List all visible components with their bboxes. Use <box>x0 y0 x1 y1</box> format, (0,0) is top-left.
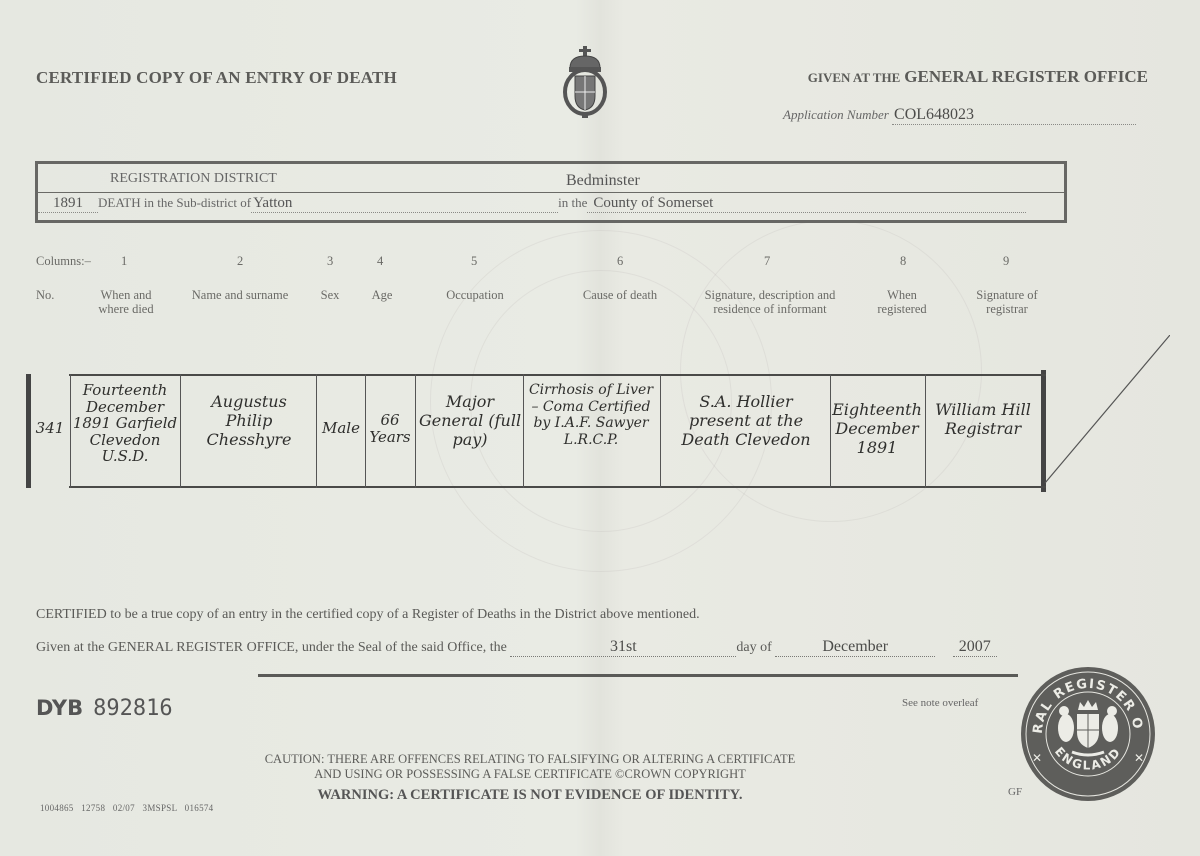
caution-notice: CAUTION: THERE ARE OFFENCES RELATING TO … <box>230 752 830 782</box>
entry-informant: S.A. Hollier present at the Death Cleved… <box>666 392 826 449</box>
given-at-small: GIVEN AT THE <box>808 70 900 85</box>
given-prefix: Given at the GENERAL REGISTER OFFICE, un… <box>36 640 507 655</box>
column-header-age: Age <box>362 288 402 302</box>
column-header-when-where: When and where died <box>88 288 164 316</box>
column-divider <box>70 374 71 488</box>
entry-age: 66 Years <box>368 412 412 445</box>
see-note-overleaf: See note overleaf <box>902 697 978 709</box>
serial-number: 892816 <box>93 696 172 721</box>
in-the-label: in the <box>558 195 587 210</box>
column-number: 9 <box>1003 254 1009 269</box>
county-value: County of Somerset <box>587 195 1026 213</box>
divider <box>38 192 1064 193</box>
serial-prefix: DYB <box>36 696 83 720</box>
row-bottom-rule <box>69 486 1046 488</box>
column-number: 7 <box>764 254 770 269</box>
sub-district-line: 1891DEATH in the Sub-district ofYattonin… <box>38 195 1064 213</box>
caution-line-1: CAUTION: THERE ARE OFFENCES RELATING TO … <box>230 752 830 767</box>
registration-district-label: REGISTRATION DISTRICT <box>110 171 277 187</box>
column-header-registrar: Signature of registrar <box>965 288 1049 316</box>
column-header-informant: Signature, description and residence of … <box>695 288 845 316</box>
given-at-heading: GIVEN AT THE GENERAL REGISTER OFFICE <box>808 67 1148 87</box>
entry-name: Augustus Philip Chesshyre <box>186 392 312 449</box>
certification-statement: CERTIFIED to be a true copy of an entry … <box>36 607 700 623</box>
certification-day: 31st <box>510 638 736 657</box>
column-header-when-registered: When registered <box>870 288 934 316</box>
certificate-title: CERTIFIED COPY OF AN ENTRY OF DEATH <box>36 68 397 88</box>
column-number: 5 <box>471 254 477 269</box>
print-code: 1004865 12758 02/07 3MSPSL 016574 <box>40 803 213 813</box>
application-number-field: Application Number COL648023 <box>783 106 1148 125</box>
column-number: 6 <box>617 254 623 269</box>
identity-warning: WARNING: A CERTIFICATE IS NOT EVIDENCE O… <box>230 787 830 804</box>
given-at-office: GENERAL REGISTER OFFICE <box>904 67 1148 86</box>
application-number-label: Application Number <box>783 107 889 122</box>
column-number: 2 <box>237 254 243 269</box>
column-number: 4 <box>377 254 383 269</box>
royal-crest-icon <box>560 46 610 118</box>
column-number: 1 <box>121 254 127 269</box>
cancellation-diagonal-line <box>1040 335 1170 485</box>
column-divider <box>415 374 416 488</box>
columns-label: Columns:– <box>36 254 91 269</box>
application-number-value: COL648023 <box>892 106 1136 125</box>
caution-line-2: AND USING OR POSSESSING A FALSE CERTIFIC… <box>230 767 830 782</box>
row-top-rule <box>69 374 1046 376</box>
column-number: 3 <box>327 254 333 269</box>
column-number: 8 <box>900 254 906 269</box>
death-entry-row: 341 Fourteenth December 1891 Garfield Cl… <box>26 374 1046 488</box>
general-register-office-seal-icon: GENERAL REGISTER OFFICE ENGLAND ✕ ✕ <box>1020 666 1156 802</box>
certification-month: December <box>775 638 935 657</box>
entry-occupation: Major General (full pay) <box>418 392 522 449</box>
death-year: 1891 <box>38 195 98 213</box>
entry-registrar-signature: William Hill Registrar <box>928 400 1038 438</box>
column-header-cause: Cause of death <box>570 288 670 302</box>
registration-district-value: Bedminster <box>566 172 640 190</box>
column-divider <box>316 374 317 488</box>
column-header-occupation: Occupation <box>430 288 520 302</box>
column-divider <box>925 374 926 488</box>
day-of-label: day of <box>736 640 771 655</box>
registration-district-box: REGISTRATION DISTRICT Bedminster 1891DEA… <box>35 161 1067 223</box>
column-divider <box>365 374 366 488</box>
sub-district-value: Yatton <box>251 195 558 213</box>
entry-when-where-died: Fourteenth December 1891 Garfield Cleved… <box>72 382 178 465</box>
signature-rule <box>258 674 1018 677</box>
entry-number: 341 <box>30 420 70 437</box>
svg-text:✕: ✕ <box>1134 751 1144 765</box>
column-header-sex: Sex <box>310 288 350 302</box>
column-header-name: Name and surname <box>180 288 300 302</box>
column-divider <box>660 374 661 488</box>
given-under-seal-line: Given at the GENERAL REGISTER OFFICE, un… <box>36 638 997 657</box>
svg-text:✕: ✕ <box>1032 751 1042 765</box>
column-header-no: No. <box>36 288 54 302</box>
column-divider <box>180 374 181 488</box>
certification-year: 2007 <box>953 638 997 657</box>
entry-cause-of-death: Cirrhosis of Liver – Coma Certified by I… <box>524 382 658 448</box>
death-in-label: DEATH in the Sub-district of <box>98 195 251 210</box>
entry-sex: Male <box>318 420 364 437</box>
entry-when-registered: Eighteenth December 1891 <box>830 400 924 457</box>
certificate-serial: DYB892816 <box>36 696 173 721</box>
